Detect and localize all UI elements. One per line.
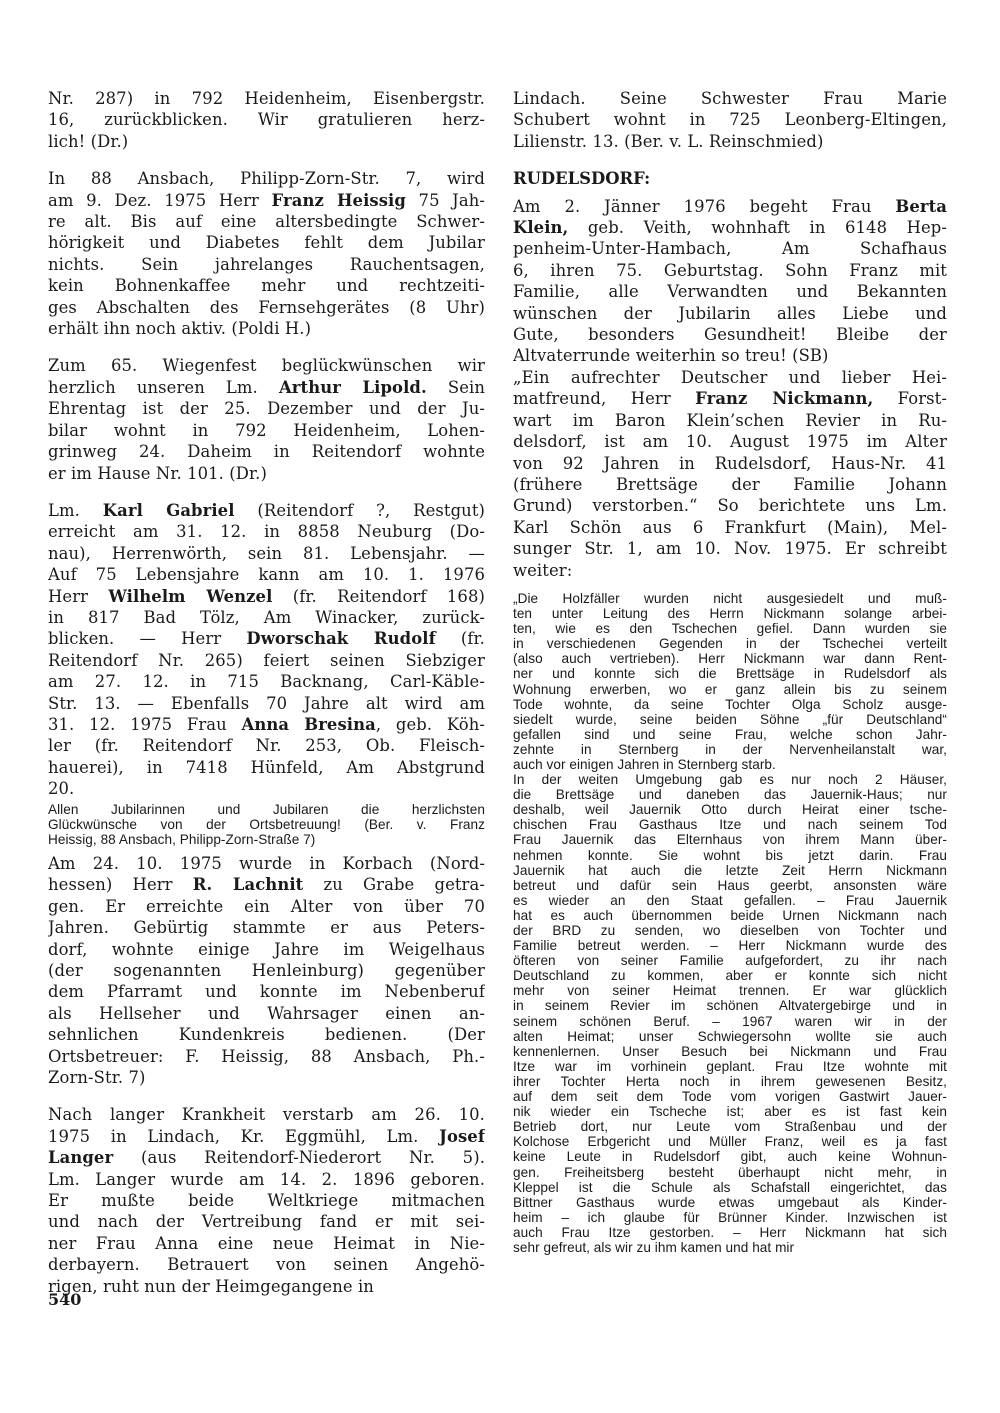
text-line: sehnlichen Kundenkreis bedienen. (Der xyxy=(48,1024,485,1045)
text-line: Reitendorf Nr. 265) feiert seinen Siebzi… xyxy=(48,650,485,671)
text-line: penheim-Unter-Hambach, Am Schafhaus xyxy=(513,238,947,259)
text-line: ihrer Tochter Herta noch in ihrem gewese… xyxy=(513,1074,947,1089)
text-line: Ortsbetreuer: F. Heissig, 88 Ansbach, Ph… xyxy=(48,1046,485,1067)
text-line: Gute, besonders Gesundheit! Bleibe der xyxy=(513,324,947,345)
text-line: Frau Jauernik das Elternhaus von ihrem M… xyxy=(513,832,947,847)
text-line: Kolchose Erbgericht und Müller Franz, we… xyxy=(513,1134,947,1149)
text-line: dorf, wohnte einige Jahre im Weigelhaus xyxy=(48,939,485,960)
text-line: Deutschland zu kommen, aber er konnte si… xyxy=(513,968,947,983)
text-line: 16, zurückblicken. Wir gratulieren herz- xyxy=(48,109,485,130)
text-line: (also auch vertrieben). Herr Nickmann wa… xyxy=(513,651,947,666)
paragraph-berta-klein: Am 2. Jänner 1976 begeht Frau BertaKlein… xyxy=(513,196,947,367)
text-line: Itze war im vorhinein geplant. Frau Itze… xyxy=(513,1059,947,1074)
paragraph-lindach-end: Lindach. Seine Schwester Frau MarieSchub… xyxy=(513,88,947,152)
text-line: gefallen sind und seine Frau, welche sch… xyxy=(513,727,947,742)
text-line: Jauernik hat auch die letzte Zeit Herrn … xyxy=(513,863,947,878)
text-line: keine Leute in Rudelsdorf gibt, auch kei… xyxy=(513,1149,947,1164)
page-number: 540 xyxy=(48,1290,81,1309)
bold-name: R. Lachnit xyxy=(193,875,304,894)
text-line: und nach der Vertreibung fand er mit sei… xyxy=(48,1211,485,1232)
text-line: hauerei), in 7418 Hünfeld, Am Abstgrund xyxy=(48,757,485,778)
text-line: mehr von seiner Heimat trennen. Er war g… xyxy=(513,983,947,998)
text-line: Jahren. Gebürtig stammte er aus Peters- xyxy=(48,917,485,938)
bold-name: Klein, xyxy=(513,218,568,237)
left-column: Nr. 287) in 792 Heidenheim, Eisenbergstr… xyxy=(48,88,485,1297)
paragraph-heidenheim-end: Nr. 287) in 792 Heidenheim, Eisenbergstr… xyxy=(48,88,485,152)
text-line: die Brettsäge und daneben das Jauernik-H… xyxy=(513,787,947,802)
paragraph-franz-nickmann: „Ein aufrechter Deutscher und lieber Hei… xyxy=(513,367,947,581)
paragraph-r-lachnit-obituary: Am 24. 10. 1975 wurde in Korbach (Nord-h… xyxy=(48,853,485,1088)
text-line: siedelt wurde, seine beiden Söhne „für D… xyxy=(513,712,947,727)
text-line: nau), Herrenwörth, sein 81. Lebensjahr. … xyxy=(48,543,485,564)
bold-name: Wilhelm Wenzel xyxy=(108,587,272,606)
note-congratulations: Allen Jubilarinnen und Jubilaren die her… xyxy=(48,802,485,847)
bold-name: Josef xyxy=(439,1127,485,1146)
text-line: derbayern. Betrauert von seinen Angehö- xyxy=(48,1254,485,1275)
quote-letter: „Die Holzfäller wurden nicht ausgesiedel… xyxy=(513,591,947,772)
text-line: erhält ihn noch aktiv. (Poldi H.) xyxy=(48,318,485,339)
text-line: nik wieder ein Tscheche ist; aber es ist… xyxy=(513,1104,947,1119)
bold-name: Arthur Lipold. xyxy=(279,378,427,397)
text-line: ten unter Leitung des Herrn Nickmann sol… xyxy=(513,606,947,621)
text-line: es wieder an den Staat gefallen. – Frau … xyxy=(513,893,947,908)
text-line: 31. 12. 1975 Frau Anna Bresina, geb. Köh… xyxy=(48,714,485,735)
bold-name: Franz Nickmann, xyxy=(695,389,873,408)
paragraph-birthdays-list: Lm. Karl Gabriel (Reitendorf ?, Restgut)… xyxy=(48,500,485,800)
text-line: 20. xyxy=(48,778,485,799)
text-line: Schubert wohnt in 725 Leonberg-Eltingen, xyxy=(513,109,947,130)
text-line: nichts. Sein jahrelanges Rauchentsagen, xyxy=(48,254,485,275)
text-line: gen. Freiheitsberg besteht überhaupt nic… xyxy=(513,1165,947,1180)
bold-name: Franz Heissig xyxy=(272,191,406,210)
text-line: von 92 Jahren in Rudelsdorf, Haus-Nr. 41 xyxy=(513,453,947,474)
text-line: Wohnung erwerben, wo er ganz allein bis … xyxy=(513,682,947,697)
text-line: hörigkeit und Diabetes fehlt dem Jubilar xyxy=(48,232,485,253)
text-line: 6, ihren 75. Geburtstag. Sohn Franz mit xyxy=(513,260,947,281)
text-line: ges Abschalten des Fernsehgerätes (8 Uhr… xyxy=(48,297,485,318)
bold-name: Langer xyxy=(48,1148,113,1167)
text-line: Familie betreut werden. – Herr Nickmann … xyxy=(513,938,947,953)
text-line: Allen Jubilarinnen und Jubilaren die her… xyxy=(48,802,485,817)
text-line: Bittner Gasthaus wurde etwas umgebaut al… xyxy=(513,1195,947,1210)
text-line: Langer (aus Reitendorf-Niederort Nr. 5). xyxy=(48,1147,485,1168)
text-line: erreicht am 31. 12. in 8858 Neuburg (Do- xyxy=(48,521,485,542)
text-line: zehnte in Sternberg in der Nervenheilans… xyxy=(513,742,947,757)
text-line: lich! (Dr.) xyxy=(48,131,485,152)
text-line: Lindach. Seine Schwester Frau Marie xyxy=(513,88,947,109)
text-line: Grund) verstorben.“ So berichtete uns Lm… xyxy=(513,495,947,516)
text-line: „Die Holzfäller wurden nicht ausgesiedel… xyxy=(513,591,947,606)
paragraph-franz-heissig: In 88 Ansbach, Philipp-Zorn-Str. 7, wird… xyxy=(48,168,485,339)
text-line: deshalb, weil Jauernik Otto durch Heirat… xyxy=(513,802,947,817)
text-line: Heissig, 88 Ansbach, Philipp-Zorn-Straße… xyxy=(48,832,485,847)
text-line: Ehrentag ist der 25. Dezember und der Ju… xyxy=(48,398,485,419)
text-line: öfteren von seiner Familie aufgefordert,… xyxy=(513,953,947,968)
text-line: in verschiedenen Gegenden in der Tschech… xyxy=(513,636,947,651)
text-line: Auf 75 Lebensjahre kann am 10. 1. 1976 xyxy=(48,564,485,585)
text-line: Altvaterrunde weiterhin so treu! (SB) xyxy=(513,345,947,366)
text-line: re alt. Bis auf eine altersbedingte Schw… xyxy=(48,211,485,232)
text-line: der BRD zu senden, wo dieselben von Toch… xyxy=(513,923,947,938)
text-line: weiter: xyxy=(513,560,947,581)
text-line: Betrieb dort, nur Leute vom Straßenbau u… xyxy=(513,1119,947,1134)
text-line: er im Hause Nr. 101. (Dr.) xyxy=(48,463,485,484)
text-line: hat es auch übernommen beide Urnen Nickm… xyxy=(513,908,947,923)
text-line: Tode wohnte, da seine Tochter Olga Schol… xyxy=(513,697,947,712)
text-line: rigen, ruht nun der Heimgegangene in xyxy=(48,1276,485,1297)
text-line: Str. 13. — Ebenfalls 70 Jahre alt wird a… xyxy=(48,693,485,714)
text-line: seinem schönen Beruf. – 1967 waren wir i… xyxy=(513,1014,947,1029)
text-line: ner Frau Anna eine neue Heimat in Nie- xyxy=(48,1233,485,1254)
text-line: auf dem seit dem Tode vom vorigen Gastwi… xyxy=(513,1089,947,1104)
text-line: auch vor einigen Jahren in Sternberg sta… xyxy=(513,757,947,772)
text-line: „Ein aufrechter Deutscher und lieber Hei… xyxy=(513,367,947,388)
text-line: Glückwünsche von der Ortsbetreuung! (Ber… xyxy=(48,817,485,832)
quote-letter-continued: In der weiten Umgebung gab es nur noch 2… xyxy=(513,772,947,1255)
text-line: (der sogenannten Henleinburg) gegenüber xyxy=(48,960,485,981)
text-line: heim – ich glaube für Brünner Kinder. In… xyxy=(513,1210,947,1225)
bold-name: Anna Bresina xyxy=(242,715,376,734)
text-line: dem Pfarramt und konnte im Nebenberuf xyxy=(48,981,485,1002)
text-line: auch Frau Itze gestorben. – Herr Nickman… xyxy=(513,1225,947,1240)
text-line: In der weiten Umgebung gab es nur noch 2… xyxy=(513,772,947,787)
text-line: 1975 in Lindach, Kr. Eggmühl, Lm. Josef xyxy=(48,1126,485,1147)
text-line: wünschen der Jubilarin alles Liebe und xyxy=(513,303,947,324)
bold-name: Berta xyxy=(895,197,947,216)
text-line: wart im Baron Klein’schen Revier in Ru- xyxy=(513,410,947,431)
text-line: kennenlernen. Unser Besuch bei Nickmann … xyxy=(513,1044,947,1059)
text-line: sunger Str. 1, am 10. Nov. 1975. Er schr… xyxy=(513,538,947,559)
text-line: nehmen konnte. Sie wohnt bis jetzt darin… xyxy=(513,848,947,863)
text-line: (frühere Brettsäge der Familie Johann xyxy=(513,474,947,495)
paragraph-arthur-lipold: Zum 65. Wiegenfest beglückwünschen wirhe… xyxy=(48,355,485,483)
bold-name: Dworschak Rudolf xyxy=(246,629,435,648)
text-line: Herr Wilhelm Wenzel (fr. Reitendorf 168) xyxy=(48,586,485,607)
text-line: in 817 Bad Tölz, Am Winacker, zurück- xyxy=(48,607,485,628)
text-line: am 9. Dez. 1975 Herr Franz Heissig 75 Ja… xyxy=(48,190,485,211)
text-line: sehr gefreut, als wir zu ihm kamen und h… xyxy=(513,1240,947,1255)
text-line: ner und konnte sich die Brettsäge in Rud… xyxy=(513,666,947,681)
text-line: als Hellseher und Wahrsager einen an- xyxy=(48,1003,485,1024)
text-line: Klein, geb. Veith, wohnhaft in 6148 Hep- xyxy=(513,217,947,238)
text-line: Nach langer Krankheit verstarb am 26. 10… xyxy=(48,1104,485,1125)
text-line: herzlich unseren Lm. Arthur Lipold. Sein xyxy=(48,377,485,398)
text-line: kein Bohnenkaffee mehr und rechtzeiti- xyxy=(48,275,485,296)
text-line: Zorn-Str. 7) xyxy=(48,1067,485,1088)
text-line: Am 2. Jänner 1976 begeht Frau Berta xyxy=(513,196,947,217)
text-line: ler (fr. Reitendorf Nr. 253, Ob. Fleisch… xyxy=(48,735,485,756)
text-line: In 88 Ansbach, Philipp-Zorn-Str. 7, wird xyxy=(48,168,485,189)
text-line: in seinem Revier im schönen Altvatergebi… xyxy=(513,998,947,1013)
text-line: Kleppel ist die Schule als Schafstall ei… xyxy=(513,1180,947,1195)
section-heading-rudelsdorf: RUDELSDORF: xyxy=(513,168,947,189)
text-line: Familie, alle Verwandten und Bekannten xyxy=(513,281,947,302)
text-line: betreut und dafür sein Haus geerbt, anso… xyxy=(513,878,947,893)
text-line: hessen) Herr R. Lachnit zu Grabe getra- xyxy=(48,874,485,895)
text-line: chischen Frau Gasthaus Itze und nach sei… xyxy=(513,817,947,832)
text-line: blicken. — Herr Dworschak Rudolf (fr. xyxy=(48,628,485,649)
text-line: Zum 65. Wiegenfest beglückwünschen wir xyxy=(48,355,485,376)
text-line: Karl Schön aus 6 Frankfurt (Main), Mel- xyxy=(513,517,947,538)
bold-name: Karl Gabriel xyxy=(103,501,235,520)
text-line: grinweg 24. Daheim in Reitendorf wohnte xyxy=(48,441,485,462)
text-line: delsdorf, ist am 10. August 1975 im Alte… xyxy=(513,431,947,452)
text-line: Am 24. 10. 1975 wurde in Korbach (Nord- xyxy=(48,853,485,874)
text-line: ten, wie es den Tschechen gefiel. Dann w… xyxy=(513,621,947,636)
text-line: Lilienstr. 13. (Ber. v. L. Reinschmied) xyxy=(513,131,947,152)
text-line: gen. Er erreichte ein Alter von über 70 xyxy=(48,896,485,917)
text-line: alten Heimat; unser Schwiegersohn wollte… xyxy=(513,1029,947,1044)
text-line: matfreund, Herr Franz Nickmann, Forst- xyxy=(513,388,947,409)
right-column: Lindach. Seine Schwester Frau MarieSchub… xyxy=(513,88,947,1255)
text-line: bilar wohnt in 792 Heidenheim, Lohen- xyxy=(48,420,485,441)
text-line: Er mußte beide Weltkriege mitmachen xyxy=(48,1190,485,1211)
text-line: am 27. 12. in 715 Backnang, Carl-Käble- xyxy=(48,671,485,692)
text-line: Lm. Karl Gabriel (Reitendorf ?, Restgut) xyxy=(48,500,485,521)
paragraph-josef-langer-obituary: Nach langer Krankheit verstarb am 26. 10… xyxy=(48,1104,485,1297)
text-line: Nr. 287) in 792 Heidenheim, Eisenbergstr… xyxy=(48,88,485,109)
text-line: Lm. Langer wurde am 14. 2. 1896 geboren. xyxy=(48,1169,485,1190)
